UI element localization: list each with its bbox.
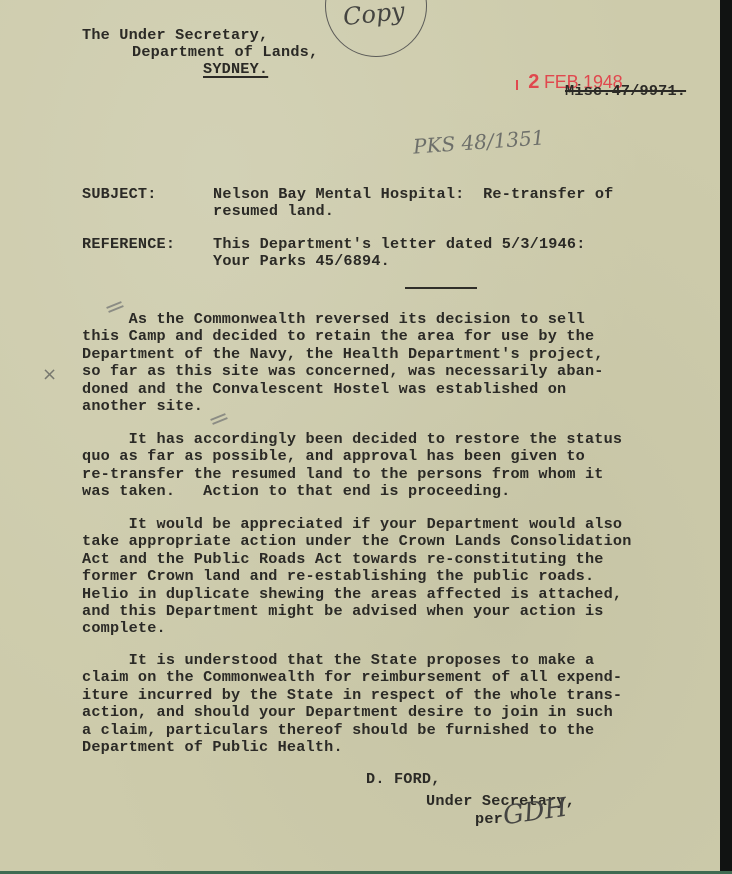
body-paragraph-4: It is understood that the State proposes… [82, 652, 622, 756]
paragraph-line: former Crown land and re-establishing th… [82, 568, 632, 585]
paragraph-line: Department of the Navy, the Health Depar… [82, 346, 604, 363]
paragraph-line: complete. [82, 620, 632, 637]
subject-label: SUBJECT: [82, 186, 157, 204]
stamp-tick-mark [516, 80, 518, 90]
body-paragraph-3: It would be appreciated if your Departme… [82, 516, 632, 638]
paragraph-line: and this Department might be advised whe… [82, 603, 632, 620]
paragraph-line: It has accordingly been decided to resto… [82, 431, 622, 448]
reference-label: REFERENCE: [82, 236, 175, 254]
body-paragraph-1: As the Commonwealth reversed its decisio… [82, 311, 604, 415]
section-divider [405, 287, 477, 289]
paragraph-line: claim on the Commonwealth for reimbursem… [82, 669, 622, 686]
paragraph-line: Act and the Public Roads Act towards re-… [82, 551, 632, 568]
paragraph-line: iture incurred by the State in respect o… [82, 687, 622, 704]
handwritten-file-reference: PKS 48/1351 [412, 125, 545, 158]
paragraph-line: Department of Public Health. [82, 739, 622, 756]
addressee-line-1: The Under Secretary, [82, 27, 268, 45]
addressee-line-3: SYDNEY. [203, 61, 268, 79]
subject-line-2: resumed land. [213, 203, 334, 221]
paragraph-line: Helio in duplicate shewing the areas aff… [82, 586, 632, 603]
reference-number: Misc.47/9971. [565, 83, 686, 101]
paragraph-line: As the Commonwealth reversed its decisio… [82, 311, 604, 328]
addressee-line-2: Department of Lands, [132, 44, 318, 62]
paragraph-line: action, and should your Department desir… [82, 704, 622, 721]
signature-per: per [475, 811, 503, 829]
paragraph-line: a claim, particulars thereof should be f… [82, 722, 622, 739]
paragraph-line: this Camp and decided to retain the area… [82, 328, 604, 345]
paragraph-line: doned and the Convalescent Hostel was es… [82, 381, 604, 398]
paragraph-line: take appropriate action under the Crown … [82, 533, 632, 550]
paragraph-line: so far as this site was concerned, was n… [82, 363, 604, 380]
margin-x-mark: × [42, 364, 57, 385]
paragraph-line: It is understood that the State proposes… [82, 652, 622, 669]
subject-line-1: Nelson Bay Mental Hospital: Re-transfer … [213, 186, 614, 204]
paragraph-line: re-transfer the resumed land to the pers… [82, 466, 622, 483]
paragraph-line: was taken. Action to that end is proceed… [82, 483, 622, 500]
paragraph-line: quo as far as possible, and approval has… [82, 448, 622, 465]
paragraph-line: another site. [82, 398, 604, 415]
date-stamp-day: 2 [528, 71, 539, 93]
reference-line-1: This Department's letter dated 5/3/1946: [213, 236, 586, 254]
signatory-name: D. FORD, [366, 771, 441, 789]
reference-line-2: Your Parks 45/6894. [213, 253, 390, 271]
scan-dark-edge [720, 0, 732, 871]
body-paragraph-2: It has accordingly been decided to resto… [82, 431, 622, 501]
paragraph-line: It would be appreciated if your Departme… [82, 516, 632, 533]
letter-page: Copy The Under Secretary, Department of … [0, 0, 720, 871]
